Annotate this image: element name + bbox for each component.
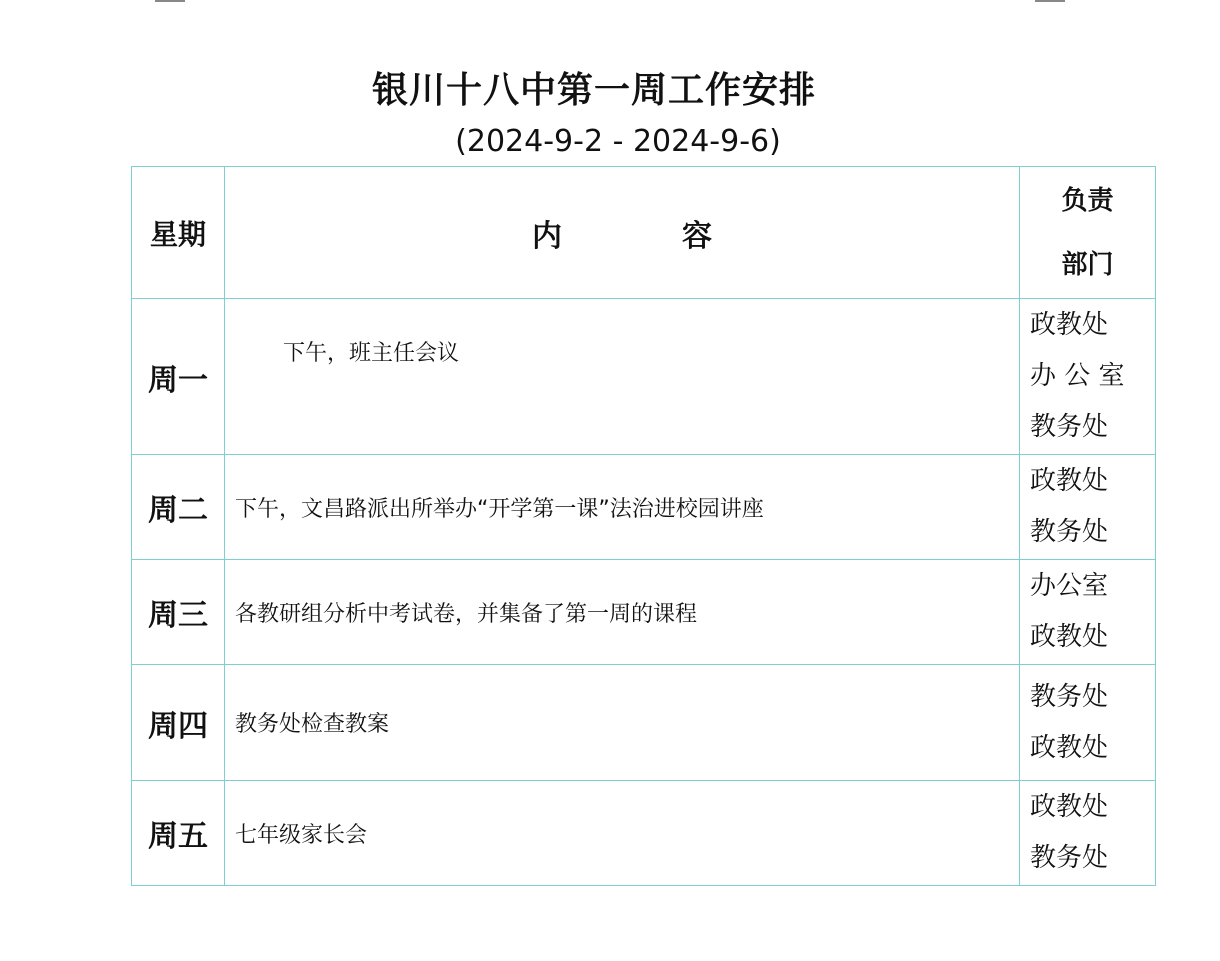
department: 办 公 室	[1030, 351, 1155, 402]
date-range: (2024-9-2 - 2024-9-6)	[0, 124, 1220, 159]
document-title: 银川十八中第一周工作安排	[0, 62, 1188, 113]
department: 教务处	[1030, 507, 1155, 558]
header-content: 内容	[225, 167, 1020, 299]
department: 教务处	[1030, 402, 1155, 453]
header-dept-line2: 部门	[1020, 233, 1155, 297]
header-dept-line1: 负责	[1020, 169, 1155, 233]
table-row: 周四 教务处检查教案 教务处 政教处	[132, 665, 1156, 781]
row-content: 下午，文昌路派出所举办“开学第一课”法治进校园讲座	[225, 455, 1020, 560]
crop-mark-left	[155, 0, 185, 2]
department: 政教处	[1030, 723, 1155, 774]
table-header-row: 星期 内容 负责 部门	[132, 167, 1156, 299]
header-day: 星期	[132, 167, 225, 299]
department: 办公室	[1030, 561, 1155, 612]
row-departments: 政教处 教务处	[1020, 455, 1156, 560]
department: 政教处	[1030, 782, 1155, 833]
row-content: 七年级家长会	[225, 781, 1020, 886]
department: 教务处	[1030, 833, 1155, 884]
row-content: 各教研组分析中考试卷，并集备了第一周的课程	[225, 560, 1020, 665]
department: 教务处	[1030, 672, 1155, 723]
table-row: 周三 各教研组分析中考试卷，并集备了第一周的课程 办公室 政教处	[132, 560, 1156, 665]
row-departments: 政教处 办 公 室 教务处	[1020, 299, 1156, 455]
department: 政教处	[1030, 456, 1155, 507]
department: 政教处	[1030, 612, 1155, 663]
department: 政教处	[1030, 300, 1155, 351]
table-row: 周一 下午，班主任会议 政教处 办 公 室 教务处	[132, 299, 1156, 455]
crop-mark-right	[1035, 0, 1065, 2]
table-row: 周二 下午，文昌路派出所举办“开学第一课”法治进校园讲座 政教处 教务处	[132, 455, 1156, 560]
row-day: 周四	[132, 665, 225, 781]
row-content: 教务处检查教案	[225, 665, 1020, 781]
row-content: 下午，班主任会议	[225, 299, 1020, 455]
row-day: 周五	[132, 781, 225, 886]
header-content-part1: 内	[532, 211, 562, 255]
header-content-part2: 容	[682, 211, 712, 255]
table-row: 周五 七年级家长会 政教处 教务处	[132, 781, 1156, 886]
row-day: 周一	[132, 299, 225, 455]
row-day: 周三	[132, 560, 225, 665]
row-departments: 办公室 政教处	[1020, 560, 1156, 665]
row-departments: 教务处 政教处	[1020, 665, 1156, 781]
header-department: 负责 部门	[1020, 167, 1156, 299]
row-day: 周二	[132, 455, 225, 560]
row-departments: 政教处 教务处	[1020, 781, 1156, 886]
schedule-table: 星期 内容 负责 部门 周一 下午，班主任会议 政教处 办 公 室 教务处 周二…	[131, 166, 1156, 886]
